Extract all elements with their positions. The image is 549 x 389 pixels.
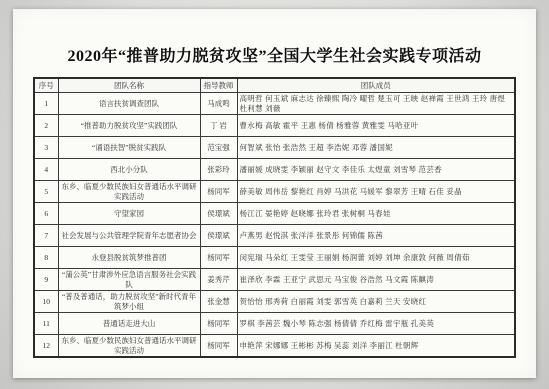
table-body: 1语言扶贫调查团队马成鸣高明哲 何玉斌 麻志达 徐臻熙 陶冷 曜哲 楚玉可 王映… [34,93,515,358]
table-row: 12东乡、临夏少数民族妇女普通话水平调研实践活动杨同军申艳萍 宋娜娜 王彬彬 苏… [34,335,515,358]
table-row: 11普通话走进大山杨同军罗棋 李茜芸 魏小琴 陈志强 杨倩倩 乔红梅 雷宇瓶 孔… [34,313,515,335]
cell-advisor: 丁 岩 [200,115,237,137]
cell-members: 贺怡怡 邢秀荷 白丽霞 刘雯 郭雪英 白嘉莉 兰天 安晓红 [237,291,515,313]
cell-advisor: 张彩玲 [200,159,237,181]
cell-no: 11 [34,313,58,335]
cell-members: 潘丽媛 成晓雯 李颖丽 赵守文 李佳乐 太煜童 刘雪琴 范芸香 [237,159,515,181]
table-row: 6守望家园侯璟斌杨江江 晏艳婷 赵晓娜 张玲君 张树桐 马春娃 [34,203,515,225]
cell-team: 永登县脱贫筑梦推普团 [58,247,200,269]
cell-members: 崔泽欣 李霖 王亚宁 武思元 马宝俊 谷浩然 马文霞 陈麒涛 [237,269,515,291]
table-row: 2“推普助力脱贫攻坚”实践团队丁 岩曹水梅 高敏 霍平 王惠 杨倩 杨雅蓉 黄雅… [34,115,515,137]
cell-members: 何智斌 张怡 张浩然 王超 李浩妮 邓蓉 潘国妮 [237,137,515,159]
header-advisor: 指导教师 [200,78,237,93]
cell-no: 12 [34,335,58,358]
cell-members: 卢燕男 赵悦淇 张洋洋 张景彤 何锦儒 陈茜 [237,225,515,247]
table-row: 10“普及普通话，助力脱贫攻坚”新时代青年筑梦小组张金慧贺怡怡 邢秀荷 白丽霞 … [34,291,515,313]
team-roster-table: 序号 团队名称 指导教师 团队成员 1语言扶贫调查团队马成鸣高明哲 何玉斌 麻志… [33,77,516,358]
table-header-row: 序号 团队名称 指导教师 团队成员 [34,78,515,93]
cell-advisor: 杨同军 [200,181,237,203]
cell-advisor: 姜秀芹 [200,269,237,291]
cell-no: 10 [34,291,58,313]
cell-members: 闵宪瑞 马朵红 王雯莹 王丽娟 杨润蕾 刘婷 刘坤 余康敦 何薇 周倩茹 [237,247,515,269]
cell-advisor: 范宝强 [200,137,237,159]
cell-advisor: 杨同军 [200,313,237,335]
cell-team: 西北小分队 [58,159,200,181]
cell-no: 6 [34,203,58,225]
cell-no: 1 [34,93,58,115]
table-row: 5东乡、临夏少数民族妇女普通话水平调研实践活动杨同军薛美敏 周伟岳 黎艳红 肖婷… [34,181,515,203]
header-team-name: 团队名称 [58,78,200,93]
table-row: 3“诵语扶智”脱贫实践队范宝强何智斌 张怡 张浩然 王超 李浩妮 邓蓉 潘国妮 [34,137,515,159]
cell-team: 普通话走进大山 [58,313,200,335]
cell-advisor: 杨同军 [200,335,237,358]
cell-members: 曹水梅 高敏 霍平 王惠 杨倩 杨雅蓉 黄雅雯 马哈亚叶 [237,115,515,137]
cell-team: “蒲公英”甘肃涉外应急语言服务社会实践队 [58,269,200,291]
cell-no: 8 [34,247,58,269]
cell-members: 薛美敏 周伟岳 黎艳红 肖婷 马洪花 马媛军 黎翠芳 王晴 石佳 妥晶 [237,181,515,203]
cell-members: 高明哲 何玉斌 麻志达 徐臻熙 陶冷 曜哲 楚玉可 王映 赵禅霞 王世鸿 王玲 … [237,93,515,115]
table-row: 4西北小分队张彩玲潘丽媛 成晓雯 李颖丽 赵守文 李佳乐 太煜童 刘雪琴 范芸香 [34,159,515,181]
cell-team: 守望家园 [58,203,200,225]
cell-advisor: 杨同军 [200,247,237,269]
cell-no: 5 [34,181,58,203]
cell-advisor: 侯璟斌 [200,203,237,225]
cell-members: 罗棋 李茜芸 魏小琴 陈志强 杨倩倩 乔红梅 雷宇瓶 孔美英 [237,313,515,335]
cell-no: 2 [34,115,58,137]
cell-members: 申艳萍 宋娜娜 王彬彬 苏梅 吴蕊 刘洋 李丽江 杜朝辉 [237,335,515,358]
cell-team: 社会发展与公共管理学院青年志愿者协会 [58,225,200,247]
table-row: 7社会发展与公共管理学院青年志愿者协会侯璟斌卢燕男 赵悦淇 张洋洋 张景彤 何锦… [34,225,515,247]
header-no: 序号 [34,78,58,93]
cell-no: 7 [34,225,58,247]
cell-team: 东乡、临夏少数民族妇女普通话水平调研实践活动 [58,335,200,358]
table-row: 1语言扶贫调查团队马成鸣高明哲 何玉斌 麻志达 徐臻熙 陶冷 曜哲 楚玉可 王映… [34,93,515,115]
cell-team: “诵语扶智”脱贫实践队 [58,137,200,159]
cell-no: 9 [34,269,58,291]
document-title: 2020年“推普助力脱贫攻坚”全国大学生社会实践专项活动 [31,43,518,66]
document-page: 2020年“推普助力脱贫攻坚”全国大学生社会实践专项活动 序号 团队名称 指导教… [13,9,536,378]
cell-members: 杨江江 晏艳婷 赵晓娜 张玲君 张树桐 马春娃 [237,203,515,225]
table-row: 8永登县脱贫筑梦推普团杨同军闵宪瑞 马朵红 王雯莹 王丽娟 杨润蕾 刘婷 刘坤 … [34,247,515,269]
table-row: 9“蒲公英”甘肃涉外应急语言服务社会实践队姜秀芹崔泽欣 李霖 王亚宁 武思元 马… [34,269,515,291]
cell-team: 东乡、临夏少数民族妇女普通话水平调研实践活动 [58,181,200,203]
cell-team: “普及普通话，助力脱贫攻坚”新时代青年筑梦小组 [58,291,200,313]
cell-advisor: 张金慧 [200,291,237,313]
cell-advisor: 侯璟斌 [200,225,237,247]
header-members: 团队成员 [237,78,515,93]
cell-no: 4 [34,159,58,181]
cell-team: “推普助力脱贫攻坚”实践团队 [58,115,200,137]
scan-background: 2020年“推普助力脱贫攻坚”全国大学生社会实践专项活动 序号 团队名称 指导教… [0,0,549,389]
cell-no: 3 [34,137,58,159]
cell-team: 语言扶贫调查团队 [58,93,200,115]
cell-advisor: 马成鸣 [200,93,237,115]
